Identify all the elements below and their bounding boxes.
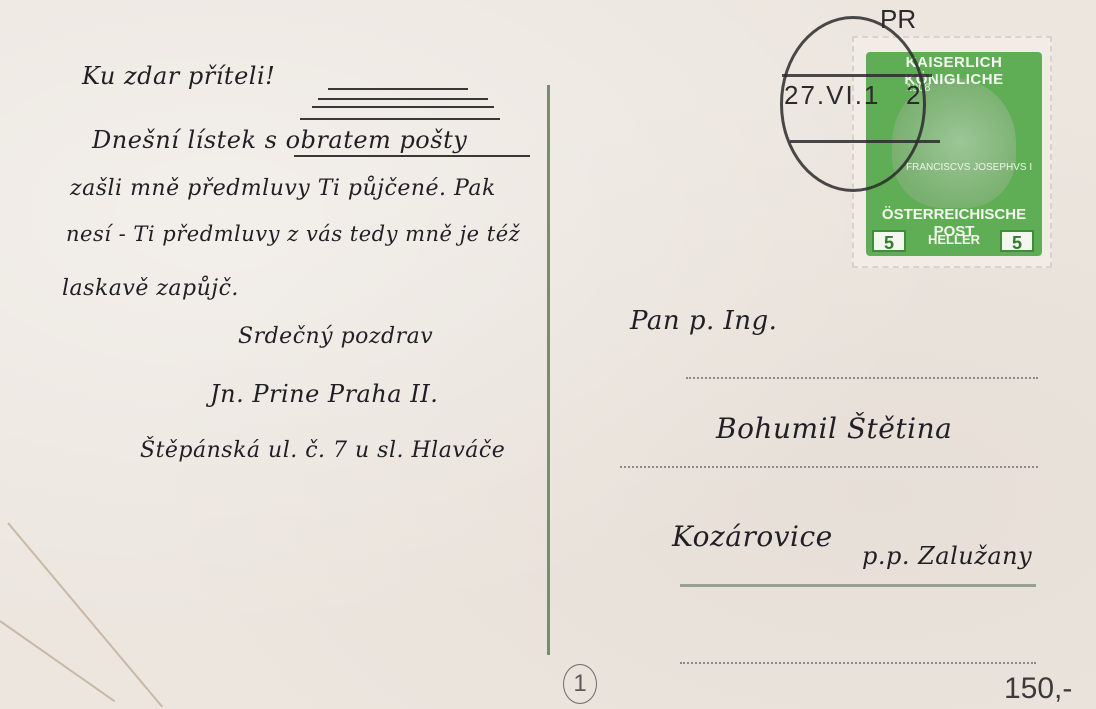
sender-address: Štěpánská ul. č. 7 u sl. Hlaváče (140, 438, 505, 463)
address-post-office: p.p. Zalužany (862, 542, 1032, 570)
stamp-value-right: 5 (1000, 230, 1034, 252)
postcard-back: Ku zdar příteli! Dnešní lístek s obratem… (0, 0, 1096, 709)
address-salutation: Pan p. Ing. (630, 306, 777, 336)
address-line-3 (680, 584, 1036, 587)
center-divider (547, 85, 550, 655)
scribble-line (318, 98, 488, 100)
message-line-3: zašli mně předmluvy Ti půjčené. Pak (70, 176, 496, 201)
price-annotation: 150,- (1004, 672, 1072, 706)
scribble-line (312, 106, 494, 108)
postmark-date: 27.VI.1 (784, 80, 880, 111)
postmark-town: PR (880, 4, 916, 35)
message-signature: Jn. Prine Praha II. (210, 380, 438, 408)
scribble-line (328, 88, 468, 90)
postmark-hour: 2 (906, 80, 920, 111)
stamp-value-left: 5 (872, 230, 906, 252)
postmark-bar (790, 140, 940, 143)
message-line-4: nesí - Ti předmluvy z vás tedy mně je té… (66, 222, 520, 246)
address-town: Kozárovice (672, 520, 833, 553)
address-line-4 (680, 662, 1036, 664)
message-closing: Srdečný pozdrav (238, 324, 433, 349)
address-recipient: Bohumil Štětina (716, 412, 952, 445)
scribble-line (300, 118, 500, 120)
address-line-1 (686, 377, 1038, 379)
address-line-2 (620, 466, 1038, 468)
stamp-name: FRANCISCVS JOSEPHVS I (906, 162, 1032, 174)
message-line-1: Ku zdar příteli! (82, 62, 275, 90)
circled-number: 1 (563, 664, 597, 704)
stamp-denomination: HELLER (918, 232, 990, 247)
underline (294, 155, 530, 157)
message-line-5: laskavě zapůjč. (62, 276, 239, 301)
message-line-2: Dnešní lístek s obratem pošty (92, 126, 467, 154)
postmark-bar (782, 74, 932, 77)
